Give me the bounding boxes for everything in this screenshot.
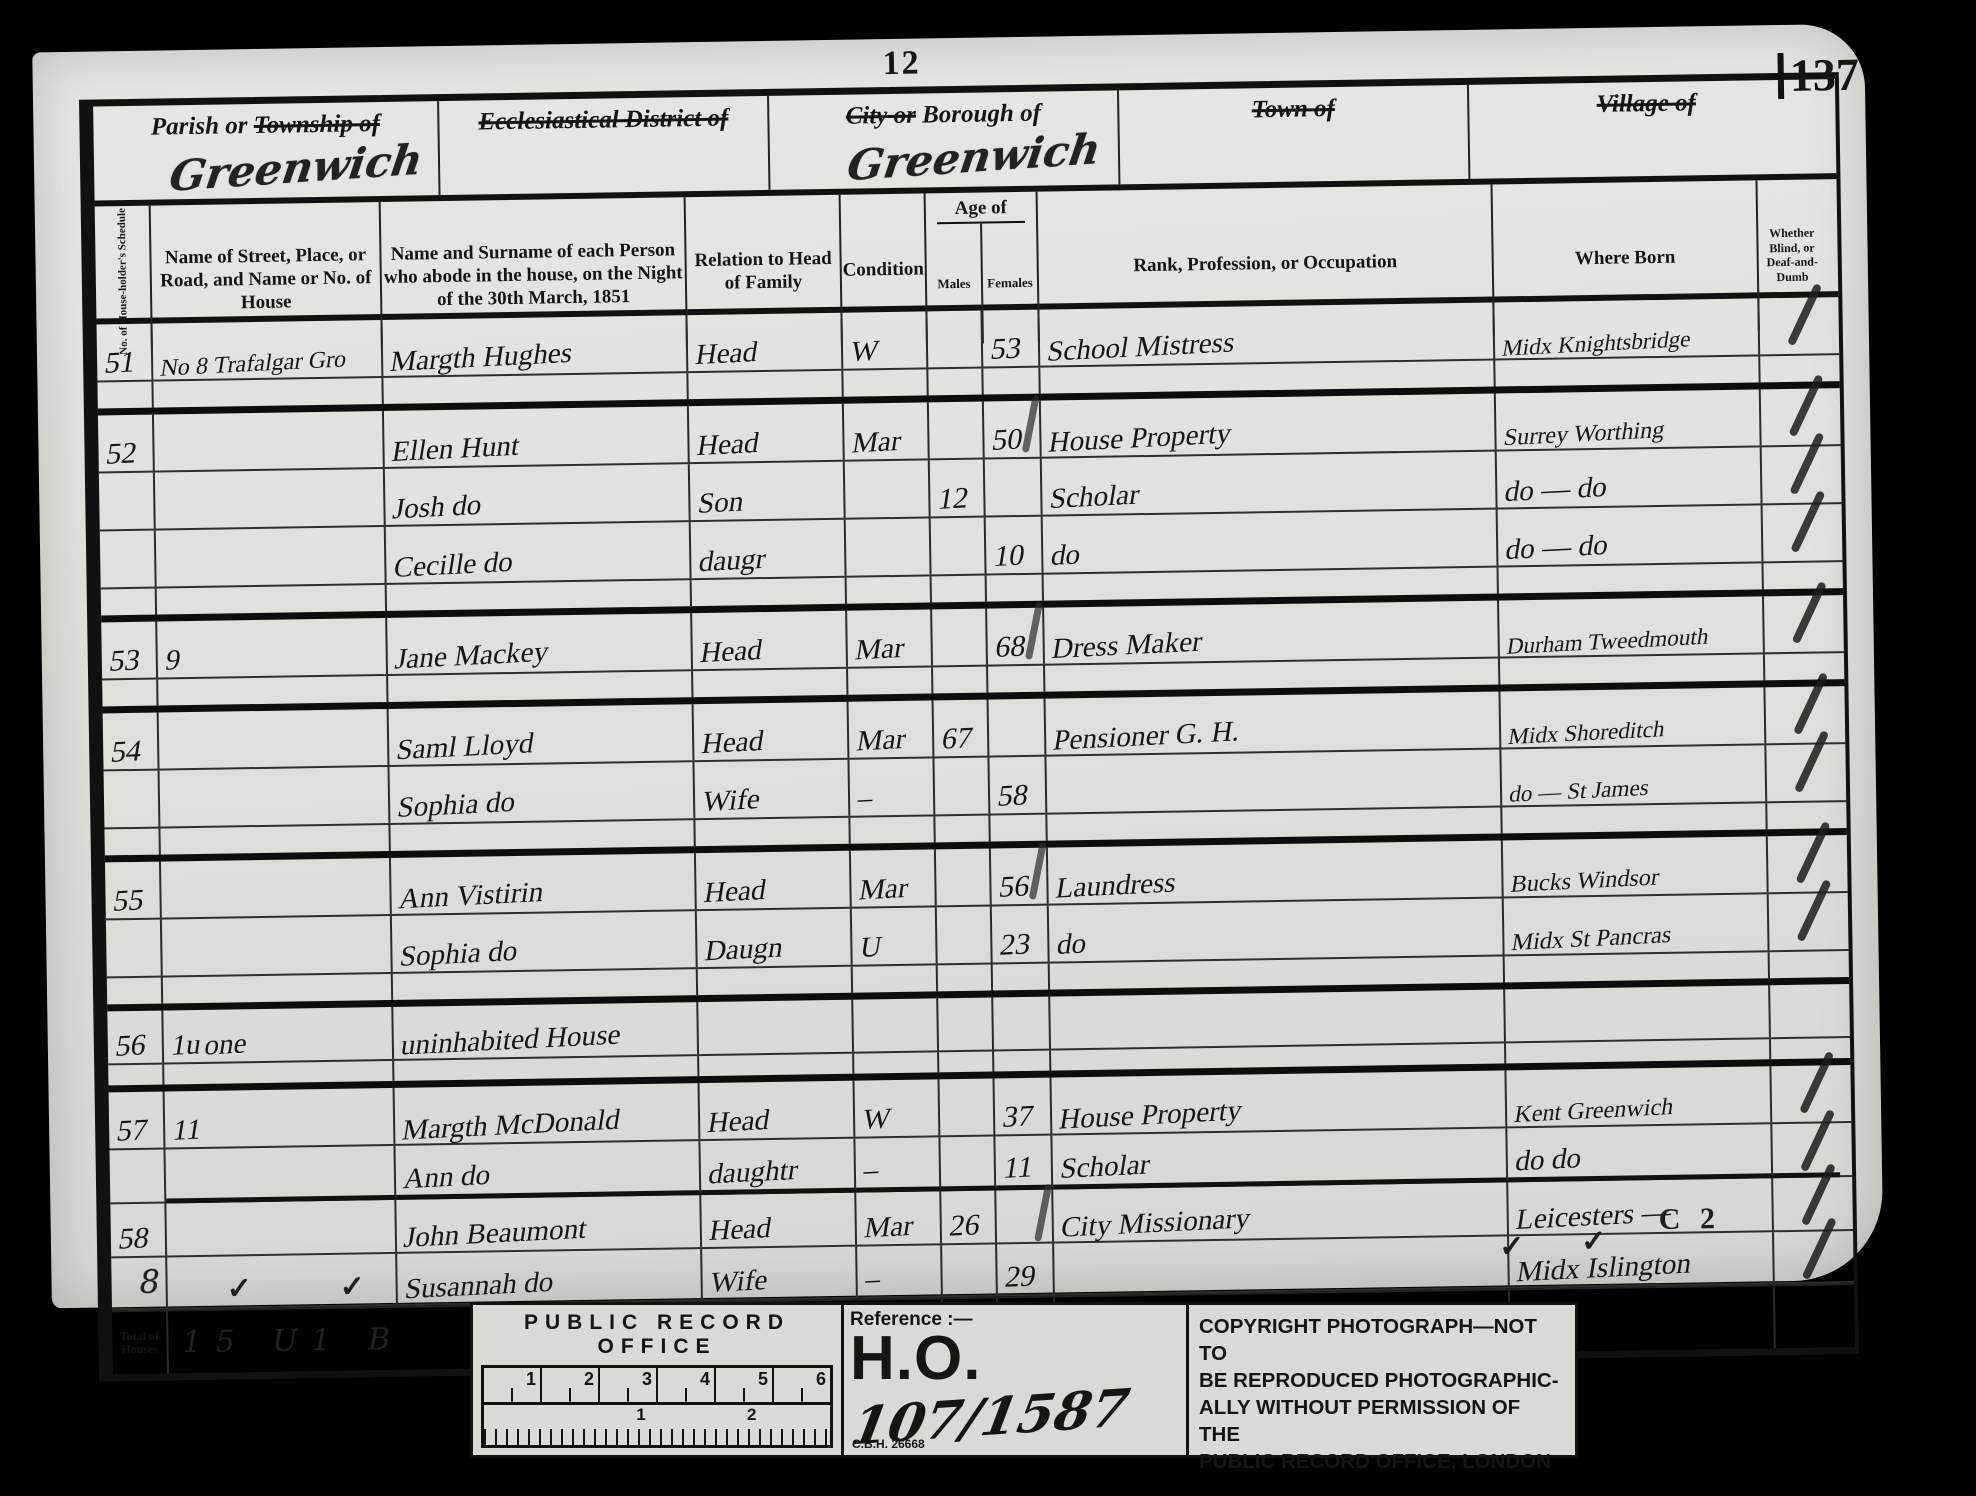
- field-town: Town of: [1119, 85, 1470, 184]
- cell-name: Margth Hughes: [388, 339, 575, 377]
- cell-occupation: Laundress: [1054, 868, 1179, 903]
- cell-name: Ellen Hunt: [390, 432, 522, 467]
- cell-name: Ann Vistirin: [397, 878, 546, 914]
- cell-condition: Mar: [857, 874, 910, 906]
- film-number: 12: [882, 45, 921, 84]
- cell-name: Sophia do: [395, 788, 517, 823]
- copyright-line: ALLY WITHOUT PERMISSION OF THE: [1199, 1394, 1565, 1448]
- census-photograph: { "page": { "film_number": "12", "folio_…: [0, 0, 1976, 1496]
- cell-condition: W: [849, 337, 881, 367]
- inch-mark: 2: [542, 1368, 600, 1402]
- inch-mark: 3: [600, 1368, 658, 1402]
- cell-born: Durham Tweedmouth: [1505, 625, 1710, 658]
- cm-ruler: 1 2: [481, 1402, 833, 1448]
- cell-age-female: 11: [1001, 1152, 1035, 1184]
- cell-name: Cecille do: [392, 548, 516, 583]
- cell-age-female: 50: [990, 424, 1025, 456]
- cell-condition: Mar: [853, 634, 906, 666]
- cm-mark: 1: [636, 1405, 645, 1425]
- cell-occupation: do: [1049, 541, 1083, 572]
- cell-occupation: do: [1055, 929, 1089, 960]
- cell-age-male: 67: [940, 723, 975, 755]
- check-icon: ✓: [1499, 1229, 1525, 1264]
- cell-born: do — St James: [1508, 776, 1651, 806]
- inch-mark: 1: [484, 1368, 542, 1402]
- cell-blind: [1764, 595, 1832, 652]
- borough-label: Borough of: [916, 100, 1041, 129]
- borough-struck: City or: [846, 102, 917, 130]
- reference-prefix: H.O.: [850, 1331, 981, 1387]
- cell-blind: [1759, 297, 1827, 354]
- cell-condition: Mar: [855, 725, 908, 757]
- parish-struck: Township of: [254, 110, 381, 139]
- parish-value: Greenwich: [166, 135, 425, 201]
- inch-mark: 6: [774, 1368, 830, 1402]
- cell-born: Bucks Windsor: [1509, 865, 1661, 897]
- cell-condition: –: [863, 1265, 882, 1295]
- inch-mark: 4: [658, 1368, 716, 1402]
- reference-box: Reference :— H.O.107/1587 C.B.H. 26668: [844, 1305, 1189, 1455]
- cell-street-superscript: 1u: [169, 1030, 203, 1061]
- cell-occupation: Dress Maker: [1050, 628, 1205, 665]
- cell-relation: Head: [694, 338, 760, 370]
- below-number: 8: [139, 1263, 160, 1301]
- cell-occupation: Pensioner G. H.: [1051, 717, 1242, 755]
- cell-relation: daughtr: [706, 1156, 800, 1190]
- cell-relation: Head: [706, 1106, 772, 1138]
- cell-age-female: 37: [1001, 1101, 1036, 1133]
- cell-name: uninhabited House: [399, 1021, 623, 1061]
- cell-street: one: [202, 1029, 249, 1060]
- field-ecclesiastical: Ecclesiastical District of: [439, 96, 770, 195]
- copyright-line: PUBLIC RECORD OFFICE, LONDON: [1199, 1448, 1565, 1475]
- field-borough: City or Borough of Greenwich: [769, 90, 1120, 189]
- cell-relation: daugr: [697, 545, 768, 577]
- borough-value: Greenwich: [844, 124, 1103, 190]
- inch-ruler: 1 2 3 4 5 6: [481, 1365, 833, 1402]
- cell-occupation: Scholar: [1048, 481, 1142, 515]
- cell-condition: U: [858, 933, 884, 963]
- cell-street: 9: [163, 646, 182, 676]
- cell-name: Ann do: [401, 1161, 492, 1194]
- cell-born: Surrey Worthing: [1502, 418, 1666, 450]
- cell-relation: Son: [696, 488, 746, 519]
- cell-born: Midx Shoreditch: [1507, 717, 1667, 748]
- check-icon: ✓: [339, 1269, 365, 1304]
- town-label: Town of: [1252, 95, 1336, 123]
- cell-born: Midx Knightsbridge: [1501, 327, 1693, 360]
- pro-ruler-box: PUBLIC RECORD OFFICE 1 2 3 4 5 6 1 2: [473, 1305, 844, 1455]
- cell-occupation: School Mistress: [1045, 328, 1237, 366]
- copyright-line: COPYRIGHT PHOTOGRAPH—NOT TO: [1199, 1313, 1565, 1367]
- cell-schedule: 52: [104, 438, 139, 470]
- cm-mark: 2: [747, 1405, 756, 1425]
- copyright-box: COPYRIGHT PHOTOGRAPH—NOT TO BE REPRODUCE…: [1189, 1305, 1575, 1455]
- cell-born: Midx St Pancras: [1510, 923, 1674, 955]
- cell-blind: [1766, 744, 1834, 801]
- cell-born: Kent Greenwich: [1513, 1095, 1676, 1127]
- cell-relation: Head: [698, 636, 764, 668]
- village-label: Village of: [1596, 89, 1696, 118]
- total-houses-label: Total of Houses: [112, 1330, 166, 1356]
- cell-name: Josh do: [391, 491, 484, 525]
- copyright-line: BE REPRODUCED PHOTOGRAPHIC-: [1199, 1367, 1565, 1394]
- cell-schedule: 55: [111, 885, 146, 917]
- cell-condition: Mar: [850, 427, 903, 459]
- cell-relation: Wife: [708, 1266, 770, 1298]
- cell-relation: Head: [695, 429, 761, 461]
- cell-occupation: City Missionary: [1059, 1204, 1253, 1243]
- cell-age-female: 29: [1003, 1261, 1038, 1293]
- inch-mark: 5: [716, 1368, 774, 1402]
- cell-name: Saml Lloyd: [394, 729, 536, 765]
- cell-schedule: 56: [113, 1030, 148, 1062]
- cell-age-female: 53: [989, 333, 1024, 365]
- cell-age-male: 26: [947, 1210, 982, 1242]
- cell-born: do — do: [1503, 473, 1610, 507]
- cell-name: Sophia do: [398, 937, 520, 972]
- cell-age-female: 68: [993, 631, 1028, 663]
- cell-schedule: 53: [107, 645, 142, 677]
- cell-schedule: 54: [109, 736, 144, 768]
- cell-relation: Head: [707, 1214, 773, 1246]
- cell-name: Jane Mackey: [393, 638, 551, 675]
- cell-occupation: Scholar: [1058, 1150, 1152, 1184]
- census-page: 12 137 Parish or Township of Greenwich E…: [32, 24, 1884, 1309]
- cell-age-female: 58: [996, 780, 1031, 812]
- census-table: Parish or Township of Greenwich Ecclesia…: [79, 72, 1859, 1381]
- cell-schedule: 58: [116, 1223, 151, 1255]
- check-icon: ✓: [1581, 1224, 1607, 1259]
- cell-blind: [1770, 984, 1838, 1037]
- cell-born: do — do: [1504, 531, 1611, 565]
- cell-blind: [1763, 504, 1831, 561]
- cell-relation: Head: [702, 876, 768, 908]
- pro-reference-strip: PUBLIC RECORD OFFICE 1 2 3 4 5 6 1 2 Ref…: [470, 1302, 1578, 1458]
- cell-street: 11: [171, 1115, 204, 1145]
- cell-condition: W: [861, 1105, 893, 1135]
- check-icon: ✓: [226, 1271, 252, 1306]
- pro-title: PUBLIC RECORD OFFICE: [481, 1311, 833, 1359]
- cell-age-female: 10: [992, 540, 1027, 572]
- cell-occupation: House Property: [1057, 1096, 1244, 1134]
- cell-schedule: 51: [103, 347, 138, 379]
- cell-occupation: House Property: [1047, 419, 1234, 457]
- cell-relation: Daugn: [703, 933, 785, 966]
- col-age-label: Age of: [937, 192, 1025, 225]
- field-village: Village of: [1469, 79, 1824, 179]
- cell-name: Margth McDonald: [400, 1106, 622, 1146]
- cell-blind: [1769, 893, 1837, 950]
- cell-condition: –: [862, 1156, 881, 1186]
- cell-condition: Mar: [862, 1212, 915, 1244]
- ecclesiastical-label: Ecclesiastical District of: [478, 105, 728, 136]
- reference-number: H.O.107/1587: [850, 1331, 1180, 1448]
- reference-code: C.B.H. 26668: [852, 1437, 925, 1451]
- field-parish: Parish or Township of Greenwich: [93, 101, 440, 200]
- corner-mark: C 2: [1659, 1202, 1722, 1237]
- cell-name: Susannah do: [403, 1268, 556, 1305]
- cell-condition: –: [856, 784, 875, 814]
- cell-born: do do: [1513, 1144, 1583, 1176]
- cell-age-male: 12: [936, 483, 971, 515]
- parish-label: Parish or: [151, 112, 254, 141]
- cell-schedule: 57: [115, 1115, 150, 1147]
- cell-name: John Beaumont: [402, 1215, 589, 1253]
- cell-age-female: 56: [997, 871, 1032, 903]
- cell-blind: [1774, 1231, 1842, 1282]
- cell-street: No 8 Trafalgar Gro: [159, 347, 349, 380]
- cell-age-female: 23: [998, 929, 1033, 961]
- cell-relation: Wife: [701, 785, 763, 817]
- total-houses-value: 15 U1 B: [168, 1321, 404, 1360]
- cell-relation: Head: [700, 727, 766, 759]
